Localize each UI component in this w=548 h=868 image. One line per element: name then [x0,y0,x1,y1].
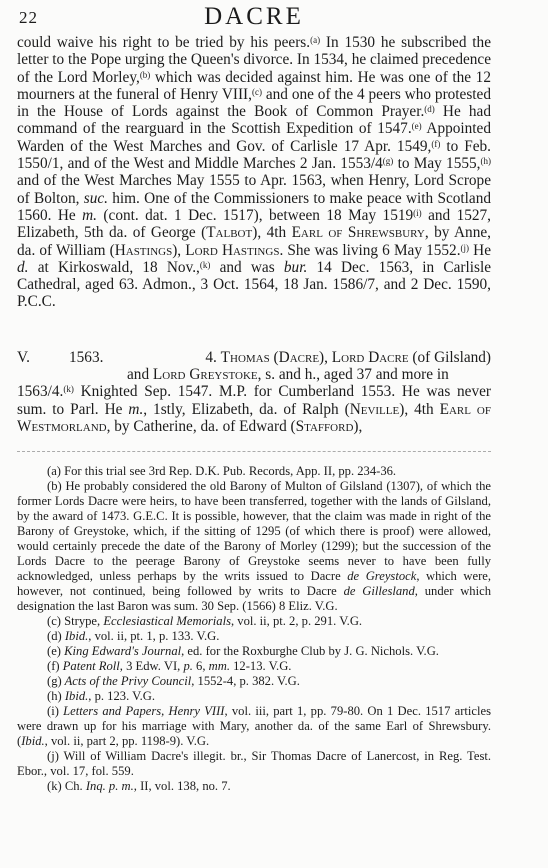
footnote-ref-e: (e) [412,121,422,131]
footnote-ref-a: (a) [310,35,320,45]
footnote-k: (k) Ch. Inq. p. m., II, vol. 138, no. 7. [17,779,491,794]
footnote-ref-j: (j) [461,243,470,253]
footnote-ref-b: (b) [140,70,151,80]
footnote-ref-f: (f) [431,139,440,149]
book-page: 22 DACRE could waive his right to be tri… [17,0,491,794]
footnote-d: (d) Ibid., vol. ii, pt. 1, p. 133. V.G. [17,629,491,644]
footnote-ref-k: (k) [200,260,211,270]
footnote-b: (b) He probably considered the old Baron… [17,479,491,614]
footnote-i: (i) Letters and Papers, Henry VIII, vol.… [17,704,491,749]
entry-year: 1563. [69,349,141,366]
running-title: DACRE [17,3,491,31]
page-header: 22 DACRE [17,0,491,34]
entry-text: 1563/4.(k) Knighted Sep. 1547. M.P. for … [17,383,491,435]
footnote-h: (h) Ibid., p. 123. V.G. [17,689,491,704]
footnote-ref-i: (i) [413,208,422,218]
main-text: could waive his right to be tried by his… [17,34,491,435]
footnote-divider [17,451,491,452]
footnote-ref-k2: (k) [63,384,74,394]
footnote-ref-d: (d) [424,104,435,114]
footnote-a: (a) For this trial see 3rd Rep. D.K. Pub… [17,464,491,479]
footnote-ref-h: (h) [480,156,491,166]
footnote-ref-g: (g) [383,156,394,166]
footnote-e: (e) King Edward's Journal, ed. for the R… [17,644,491,659]
paragraph-william-dacre: could waive his right to be tried by his… [17,34,491,311]
footnote-c: (c) Strype, Ecclesiastical Memorials, vo… [17,614,491,629]
footnote-j: (j) Will of William Dacre's illegit. br.… [17,749,491,779]
entry-numeral: V. [17,349,69,366]
footnotes: (a) For this trial see 3rd Rep. D.K. Pub… [17,464,491,794]
footnote-ref-c: (c) [252,87,262,97]
entry-title: 4. Thomas (Dacre), Lord Dacre (of Gilsla… [141,349,491,366]
footnote-f: (f) Patent Roll, 3 Edw. VI, p. 6, mm. 12… [17,659,491,674]
footnote-g: (g) Acts of the Privy Council, 1552-4, p… [17,674,491,689]
peerage-entry-v: V. 1563. 4. Thomas (Dacre), Lord Dacre (… [17,349,491,435]
